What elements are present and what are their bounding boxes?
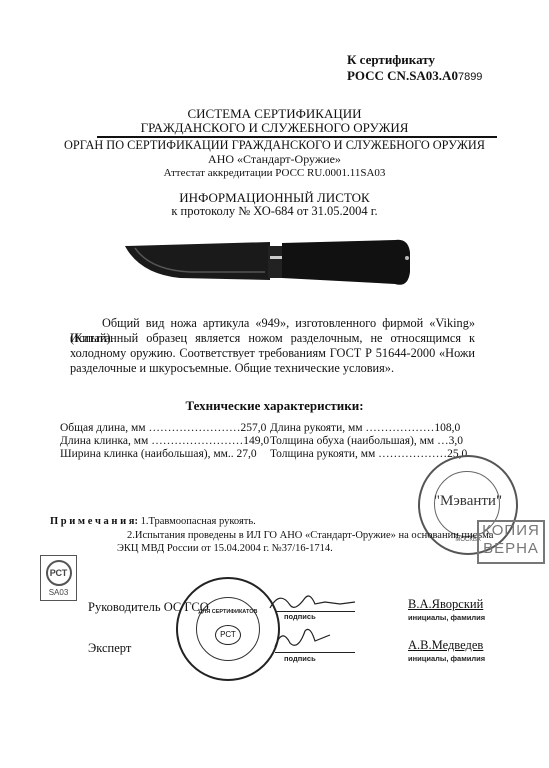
spec-row: Ширина клинка (наибольшая), мм.. 27,0 [60,448,269,461]
system-title-line2: ГРАЖДАНСКОГО И СЛУЖЕБНОГО ОРУЖИЯ [0,120,549,135]
mevanti-stamp-text: "Мэванти" [420,493,516,510]
knife-photo-icon [120,232,420,292]
copy-certified-stamp: КОПИЯ ВЕРНА [477,520,545,564]
name-caption-head: инициалы, фамилия [408,613,485,622]
copy-stamp-line2: ВЕРНА [479,540,543,558]
reference-line1: К сертификату [347,52,482,68]
note-1: 1.Травмоопасная рукоять. [141,516,256,527]
copy-stamp-line1: КОПИЯ [479,522,543,540]
specs-title: Технические характеристики: [0,398,549,414]
rst-certification-logo: РСТ SA03 [40,555,77,601]
spec-row: Длина рукояти, мм ………………108,0 [270,422,467,435]
seal-rst-icon: РСТ [215,625,241,645]
accreditation: Аттестат аккредитации РОСС RU.0001.11SA0… [0,166,549,181]
certification-body: ОРГАН ПО СЕРТИФИКАЦИИ ГРАЖДАНСКОГО И СЛУ… [0,138,549,153]
organization-name: АНО «Стандарт-Оружие» [0,152,549,167]
spec-row: Толщина обуха (наибольшая), мм …3,0 [270,435,467,448]
signatory-name-head: В.А.Яворский [408,597,483,612]
signatory-name-expert: А.В.Медведев [408,638,483,653]
description-paragraph-2: Испытанный образец является ножом раздел… [70,331,475,376]
signature-expert-icon [270,625,340,653]
organization-seal: ДЛЯ СЕРТИФИКАТОВ РСТ [176,577,280,681]
reference-line2: РОСС CN.SA03.A07899 [347,68,482,85]
note-2-line1: 2.Испытания проведены в ИЛ ГО АНО «Станд… [127,529,493,542]
system-title-line1: СИСТЕМА СЕРТИФИКАЦИИ [0,106,549,121]
note-2-line2: ЭКЦ МВД России от 15.04.2004 г. №37/16-1… [117,542,333,555]
notes-line1: П р и м е ч а н и я: 1.Травмоопасная рук… [50,515,256,528]
signature-head-icon [265,590,365,615]
reference-number-suffix: 7899 [458,71,482,83]
seal-center-text: ДЛЯ СЕРТИФИКАТОВ [198,609,258,616]
signature-caption-expert: подпись [284,654,316,663]
rst-code: SA03 [41,588,76,597]
document-title: ИНФОРМАЦИОННЫЙ ЛИСТОК [0,190,549,205]
certificate-reference: К сертификату РОСС CN.SA03.A07899 [347,52,482,85]
protocol-reference: к протоколу № ХО-684 от 31.05.2004 г. [0,204,549,219]
rst-mark-icon: РСТ [46,560,72,586]
spec-row: Длина клинка, мм ……………………149,0 [60,435,269,448]
spec-left-column: Общая длина, мм ……………………257,0 Длина клин… [60,422,269,461]
spec-right-column: Длина рукояти, мм ………………108,0 Толщина об… [270,422,467,461]
notes-label: П р и м е ч а н и я: [50,516,138,527]
name-caption-expert: инициалы, фамилия [408,654,485,663]
reference-number: РОСС CN.SA03.A0 [347,68,458,83]
spec-row: Толщина рукояти, мм ………………25,0 [270,448,467,461]
signatory-role-expert: Эксперт [88,641,131,656]
spec-row: Общая длина, мм ……………………257,0 [60,422,269,435]
